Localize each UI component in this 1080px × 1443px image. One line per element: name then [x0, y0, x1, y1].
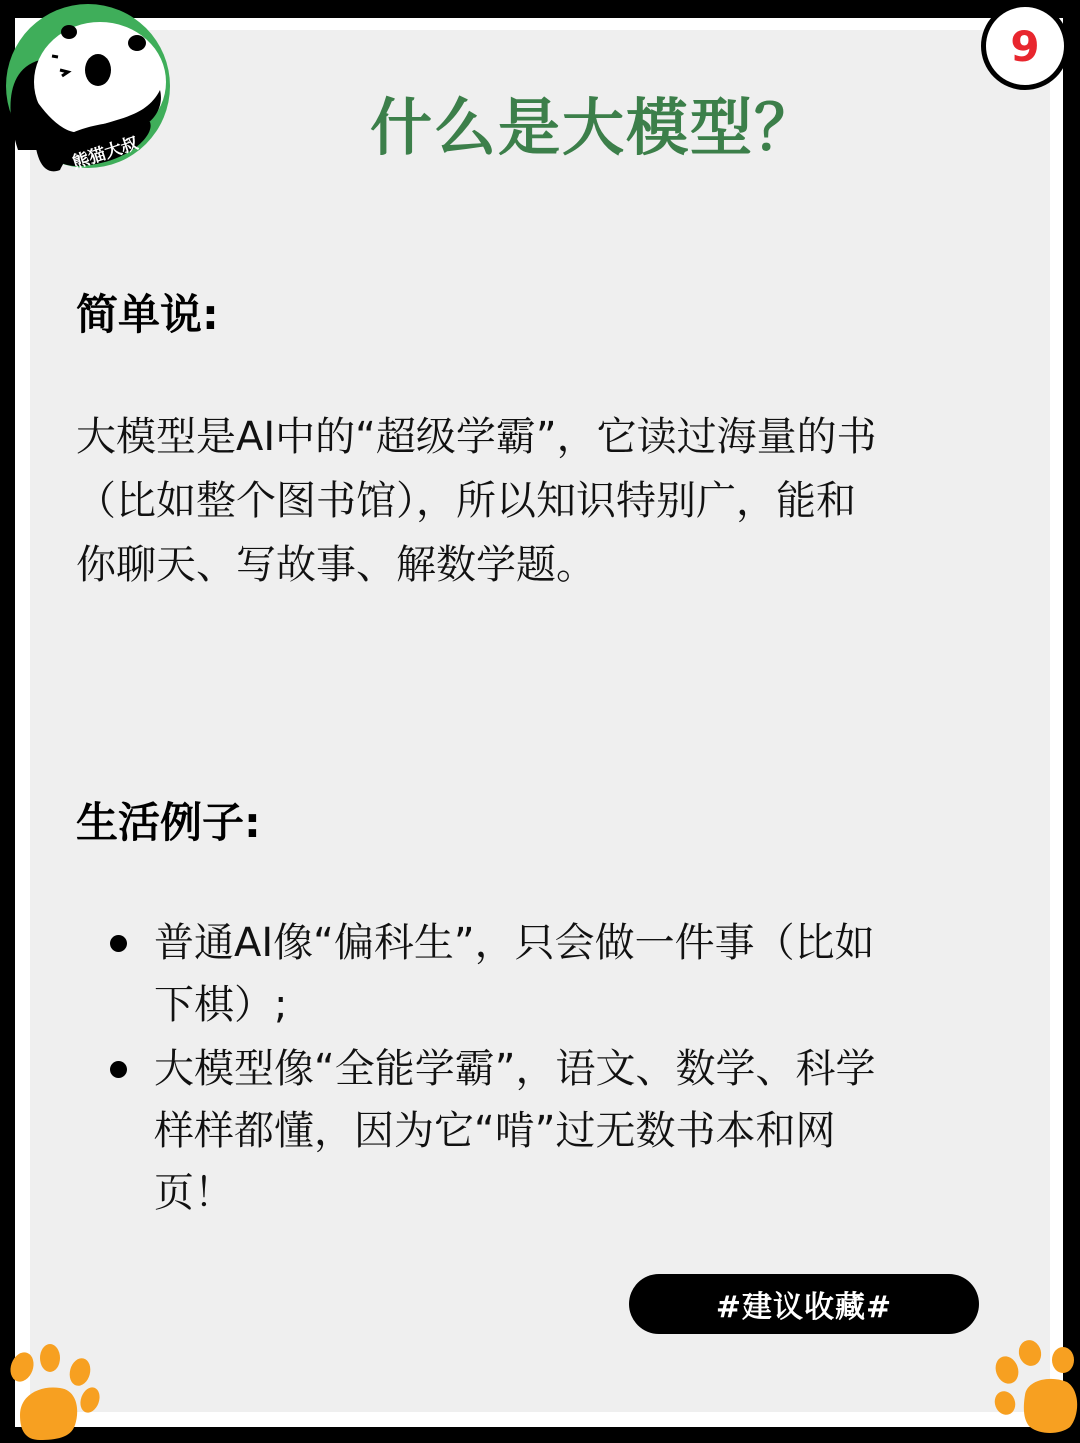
section-heading-simple: 简单说:: [76, 282, 219, 342]
bullet-icon: [110, 1061, 127, 1078]
page-title: 什么是大模型？: [370, 78, 810, 167]
text-line: 页！: [154, 1162, 1018, 1224]
list-item: 大模型像“全能学霸”，语文、数学、科学 样样都懂，因为它“啃”过无数书本和网 页…: [108, 1038, 1018, 1224]
text-line: 大模型是AI中的“超级学霸”，它读过海量的书: [76, 405, 1016, 469]
panda-logo-icon: 熊猫大叔: [0, 0, 175, 180]
examples-list: 普通AI像“偏科生”，只会做一件事（比如 下棋）; 大模型像“全能学霸”，语文、…: [108, 912, 1018, 1226]
text-line: 你聊天、写故事、解数学题。: [76, 533, 1016, 597]
simple-explanation-text: 大模型是AI中的“超级学霸”，它读过海量的书 （比如整个图书馆），所以知识特别广…: [76, 405, 1016, 597]
list-item: 普通AI像“偏科生”，只会做一件事（比如 下棋）;: [108, 912, 1018, 1036]
text-line: 普通AI像“偏科生”，只会做一件事（比如: [154, 912, 1018, 974]
page-number: 9: [1010, 22, 1039, 71]
bullet-icon: [110, 935, 127, 952]
text-line: （比如整个图书馆），所以知识特别广，能和: [76, 469, 1016, 533]
text-line: 大模型像“全能学霸”，语文、数学、科学: [154, 1038, 1018, 1100]
section-heading-examples: 生活例子:: [76, 790, 261, 850]
text-line: 样样都懂，因为它“啃”过无数书本和网: [154, 1100, 1018, 1162]
save-tag-label: #建议收藏#: [716, 1282, 892, 1326]
save-tag-badge: #建议收藏#: [629, 1274, 979, 1334]
page-number-badge: 9: [981, 2, 1069, 90]
paw-print-icon-left: [5, 1340, 105, 1443]
paw-print-icon-right: [985, 1335, 1080, 1439]
text-line: 下棋）;: [154, 974, 1018, 1036]
